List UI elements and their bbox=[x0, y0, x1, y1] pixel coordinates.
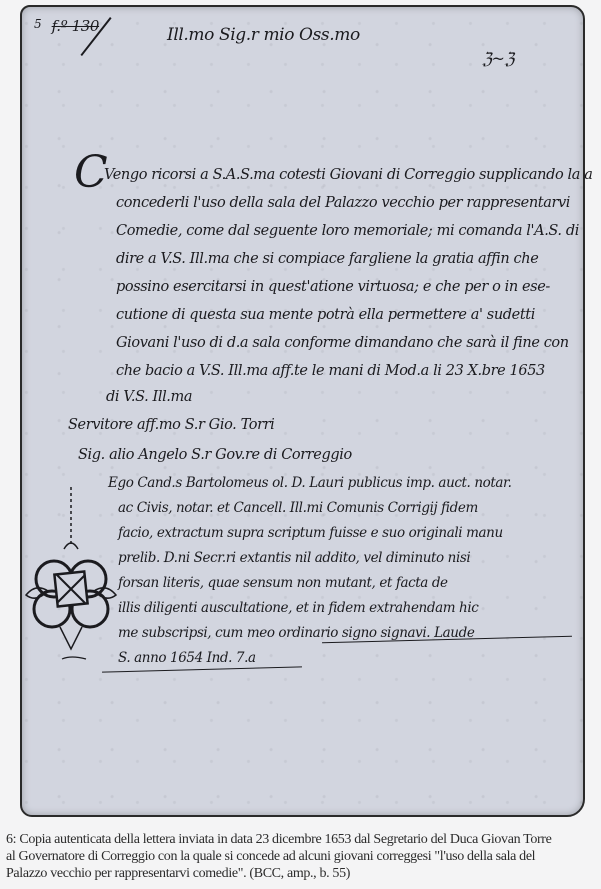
folio-reference: f.º 130 bbox=[52, 17, 99, 35]
notarial-line: illis diligenti auscultatione, et in fid… bbox=[118, 600, 478, 616]
letter-line: dire a V.S. Ill.ma che si compiace fargl… bbox=[116, 251, 538, 267]
initial-letter: C bbox=[74, 147, 108, 198]
letter-line: Comedie, come dal seguente loro memorial… bbox=[116, 223, 579, 239]
manuscript-page: 5 f.º 130 Ill.mo Sig.r mio Oss.mo ℨ~ℨ C … bbox=[20, 5, 585, 817]
caption-line: 6: Copia autenticata della lettera invia… bbox=[6, 831, 601, 848]
folio-number: 5 bbox=[34, 17, 41, 31]
closing-line: Servitore aff.mo S.r Gio. Torri bbox=[68, 417, 274, 433]
salutation: Ill.mo Sig.r mio Oss.mo bbox=[167, 25, 360, 45]
notarial-line: ac Civis, notar. et Cancell. Ill.mi Comu… bbox=[118, 500, 478, 516]
signature-underline bbox=[102, 666, 302, 672]
notarial-line: forsan literis, quae sensum non mutant, … bbox=[118, 575, 448, 591]
letter-line: di V.S. Ill.ma bbox=[106, 389, 192, 405]
figure-caption: 6: Copia autenticata della lettera invia… bbox=[6, 831, 601, 882]
notarial-line: S. anno 1654 Ind. 7.a bbox=[118, 650, 256, 666]
folio-mark: 5 f.º 130 bbox=[34, 17, 99, 35]
letter-line: cutione di questa sua mente potrà ella p… bbox=[116, 307, 535, 323]
notarial-line: Ego Cand.s Bartolomeus ol. D. Lauri publ… bbox=[108, 475, 512, 491]
letter-line: che bacio a V.S. Ill.ma aff.te le mani d… bbox=[116, 363, 545, 379]
notarial-line: facio, extractum supra scriptum fuisse e… bbox=[118, 525, 503, 541]
notarial-line: prelib. D.ni Secr.ri extantis nil addito… bbox=[118, 550, 470, 566]
notary-seal-icon bbox=[24, 487, 119, 667]
letter-line: Giovani l'uso di d.a sala conforme diman… bbox=[116, 335, 569, 351]
notarial-line: me subscripsi, cum meo ordinario signo s… bbox=[118, 625, 474, 641]
closing-line: Sig. alio Angelo S.r Gov.re di Correggio bbox=[78, 447, 352, 463]
flourish-mark: ℨ~ℨ bbox=[482, 49, 514, 68]
letter-line: possino esercitarsi in quest'atione virt… bbox=[116, 279, 550, 295]
letter-line: Vengo ricorsi a S.A.S.ma cotesti Giovani… bbox=[104, 167, 592, 183]
caption-line: al Governatore di Correggio con la quale… bbox=[6, 848, 601, 865]
letter-line: concederli l'uso della sala del Palazzo … bbox=[116, 195, 570, 211]
caption-line: Palazzo vecchio per rappresentarvi comed… bbox=[6, 865, 601, 882]
